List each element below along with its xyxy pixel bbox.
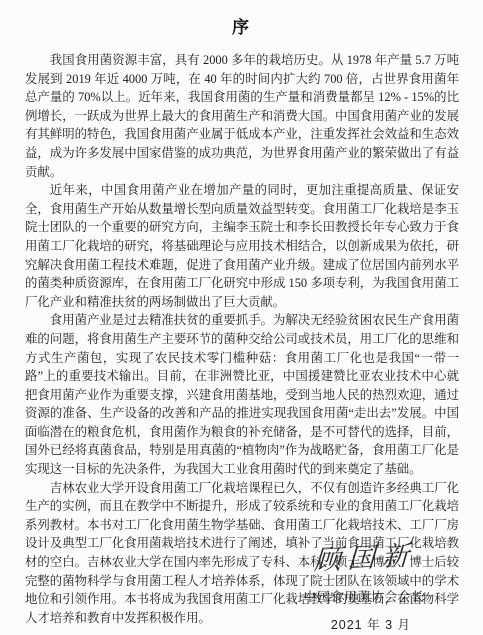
paragraph-2: 近年来，中国食用菌产业在增加产量的同时，更加注重提高质量、保证安全，食用菌生产开… (25, 181, 459, 311)
paragraph-1: 我国食用菌资源丰富，具有 2000 多年的栽培历史。从 1978 年产量 5.7… (25, 51, 459, 181)
handwritten-signature: 顾国新 (313, 533, 417, 577)
page-title: 序 (0, 0, 483, 38)
date: 2021 年 3 月 (331, 615, 411, 633)
signature-block: 顾国新 中国食用菌协会会长 (272, 536, 457, 605)
preface-page: 序 我国食用菌资源丰富，具有 2000 多年的栽培历史。从 1978 年产量 5… (0, 0, 483, 635)
paragraph-3: 食用菌产业是过去精准扶贫的重要抓手。为解决无经验贫困农民生产食用菌难的问题，将食… (25, 311, 459, 478)
signer-title: 中国食用菌协会会长 (272, 587, 457, 605)
